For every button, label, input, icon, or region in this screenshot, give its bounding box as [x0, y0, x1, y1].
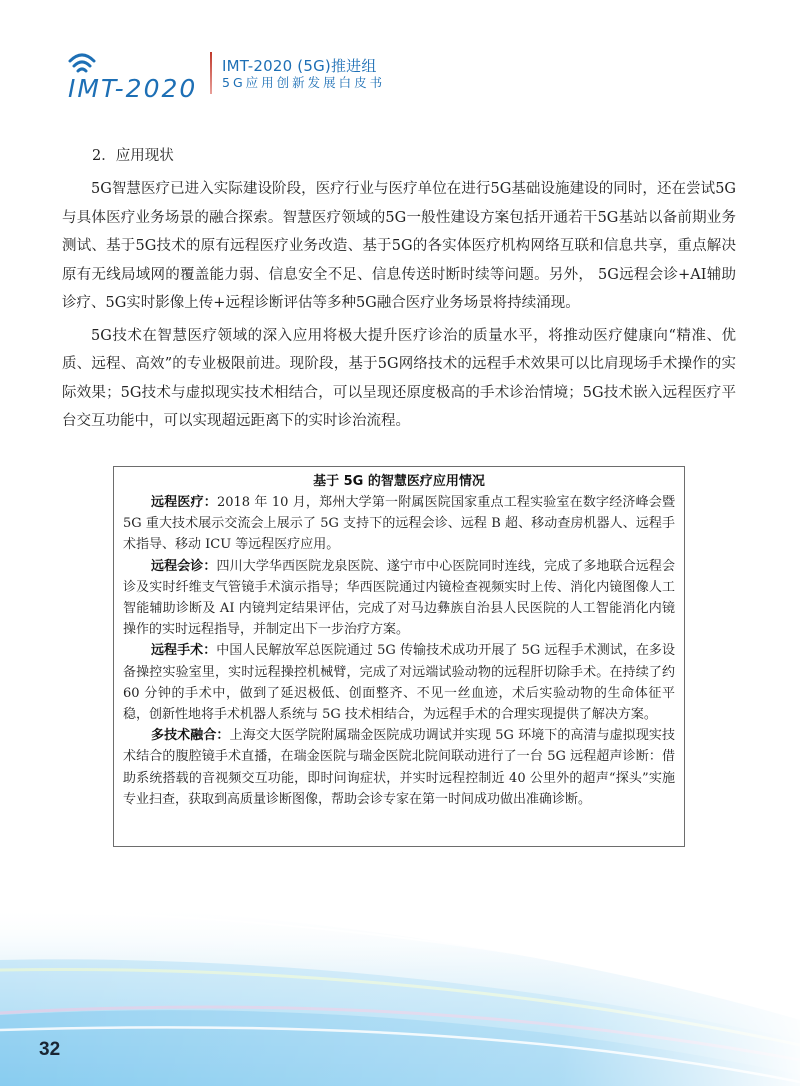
case-item-label: 远程会诊： [151, 559, 217, 574]
header-divider [210, 52, 212, 94]
page-number: 32 [39, 1039, 60, 1061]
case-box-title: 基于 5G 的智慧医疗应用情况 [123, 471, 675, 492]
case-item-remote-consultation: 远程会诊：四川大学华西医院龙泉医院、遂宁市中心医院同时连线，完成了多地联合远程会… [123, 556, 675, 641]
case-item-remote-medicine: 远程医疗：2018 年 10 月，郑州大学第一附属医院国家重点工程实验室在数字经… [123, 492, 675, 556]
wifi-signal-icon: IMT-2020 [66, 45, 206, 101]
case-item-label: 多技术融合： [151, 728, 229, 743]
body-paragraph: 5G智慧医疗已进入实际建设阶段，医疗行业与医疗单位在进行5G基础设施建设的同时，… [62, 175, 736, 318]
header-subtitle: 5G应用创新发展白皮书 [222, 75, 385, 90]
case-item-label: 远程手术： [151, 643, 216, 658]
case-item-remote-surgery: 远程手术：中国人民解放军总医院通过 5G 传输技术成功开展了 5G 远程手术测试… [123, 640, 675, 725]
header-title: IMT-2020 (5G)推进组 [222, 57, 385, 75]
case-item-multi-tech-fusion: 多技术融合：上海交大医学院附属瑞金医院成功调试并实现 5G 环境下的高清与虚拟现… [123, 725, 675, 810]
body-paragraph: 5G技术在智慧医疗领域的深入应用将极大提升医疗诊治的质量水平，将推动医疗健康向“… [62, 322, 736, 436]
page-header: IMT-2020 IMT-2020 (5G)推进组 5G应用创新发展白皮书 [66, 45, 385, 101]
imt2020-logo: IMT-2020 [66, 45, 206, 101]
header-text: IMT-2020 (5G)推进组 5G应用创新发展白皮书 [222, 57, 385, 90]
logo-text: IMT-2020 [68, 74, 197, 101]
case-study-box: 基于 5G 的智慧医疗应用情况 远程医疗：2018 年 10 月，郑州大学第一附… [113, 466, 685, 847]
case-item-label: 远程医疗： [151, 495, 217, 510]
main-content: 2．应用现状 5G智慧医疗已进入实际建设阶段，医疗行业与医疗单位在进行5G基础设… [62, 146, 736, 436]
section-title: 2．应用现状 [92, 146, 736, 166]
